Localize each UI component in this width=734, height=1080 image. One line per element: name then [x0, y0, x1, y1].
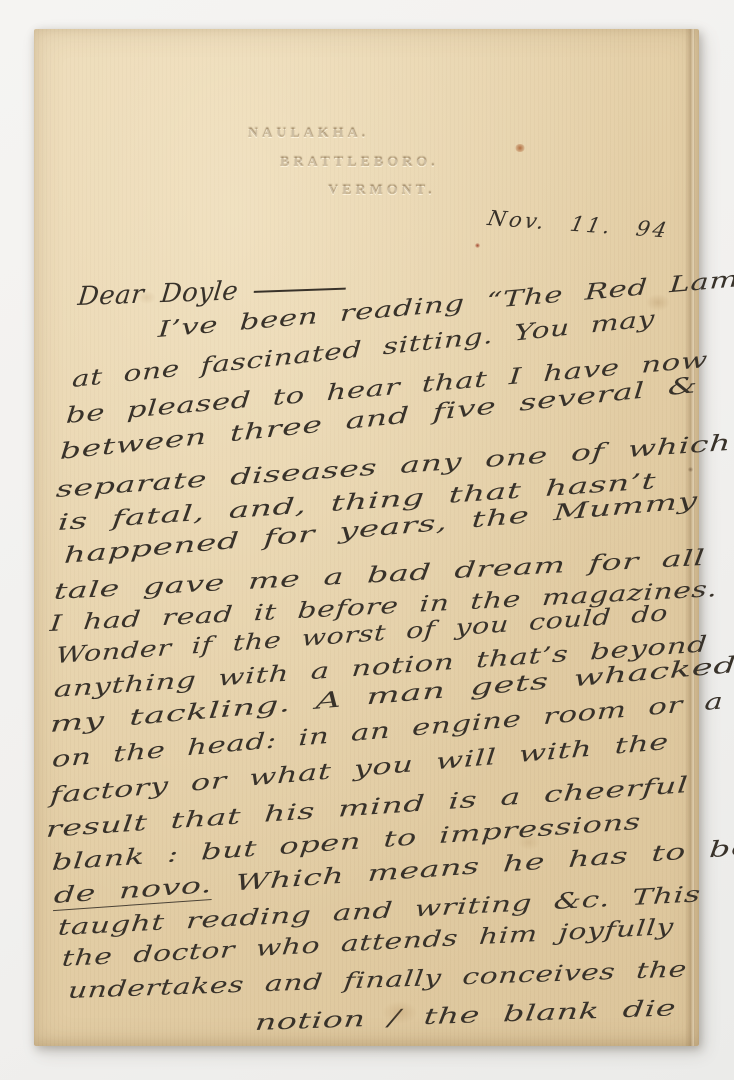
ink-speck	[688, 467, 693, 472]
foxing-spot	[138, 291, 156, 304]
letter-paper: NAULAKHA. BRATTLEBORO. VERMONT. Nov. 11.…	[34, 29, 699, 1046]
stain-red-spot	[515, 144, 525, 152]
salutation-dash	[254, 288, 346, 293]
handwritten-date: Nov. 11. 94	[485, 206, 671, 242]
letterhead-line-1: NAULAKHA.	[248, 126, 369, 142]
letter-line: notion / the blank die	[254, 996, 678, 1036]
letterhead-line-2: BRATTLEBORO.	[280, 155, 439, 171]
stain-smudge	[646, 294, 670, 311]
stain-blotch	[382, 1001, 418, 1024]
foxing-spot	[518, 835, 540, 850]
letterhead-line-3: VERMONT.	[328, 183, 436, 199]
salutation-text: Dear Doyle	[76, 276, 239, 312]
underlined-phrase: de novo.	[53, 873, 213, 911]
stain-red-dot	[475, 243, 480, 248]
